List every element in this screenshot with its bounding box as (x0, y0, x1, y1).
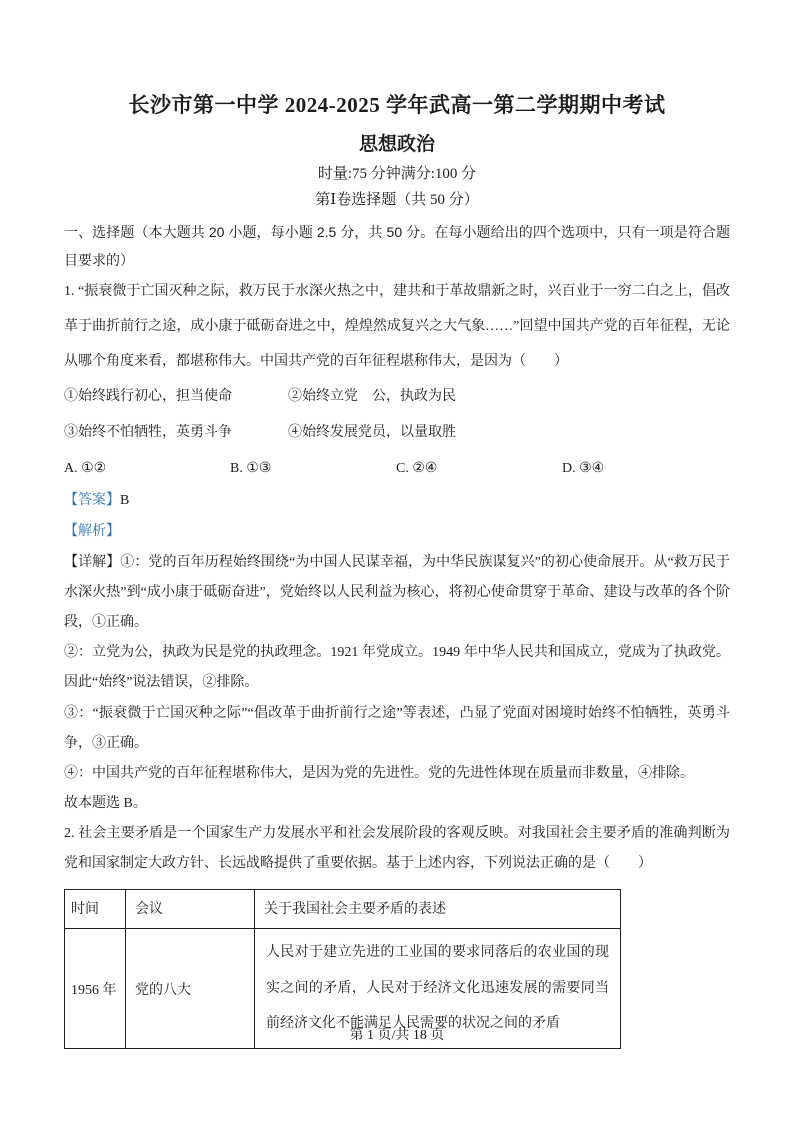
q1-answer-line: 【答案】B (64, 486, 730, 517)
table-header-meeting: 会议 (126, 890, 255, 929)
analysis-label: 【解析】 (64, 524, 120, 539)
document-title: 长沙市第一中学 2024-2025 学年武高一第二学期期中考试 (64, 90, 730, 122)
section-instructions: 一、选择题（本大题共 20 小题，每小题 2.5 分，共 50 分。在每小题给出… (64, 218, 730, 274)
exam-document-page: 长沙市第一中学 2024-2025 学年武高一第二学期期中考试 思想政治 时量:… (0, 0, 794, 1123)
detail-label: 【详解】 (64, 555, 120, 570)
q1-choices-row: A. ①② B. ①③ C. ②④ D. ③④ (64, 451, 730, 487)
question-2-stem: 2. 社会主要矛盾是一个国家生产力发展水平和社会发展阶段的客观反映。对我国社会主… (64, 819, 730, 879)
table-header-time: 时间 (65, 890, 126, 929)
table-header-description: 关于我国社会主要矛盾的表述 (255, 890, 621, 929)
page-number-footer: 第 1 页/共 18 页 (0, 1026, 794, 1046)
q1-detail-paragraph-3: ③：“振衰微于亡国灭种之际”“倡改革于曲折前行之途”等表述，凸显了党面对困境时始… (64, 699, 730, 759)
answer-label: 【答案】 (64, 493, 120, 508)
q1-option-3: ③始终不怕牺牲，英勇斗争 (64, 415, 288, 451)
exam-meta-line: 时量:75 分钟满分:100 分 (64, 164, 730, 186)
q1-choice-c: C. ②④ (396, 451, 562, 487)
q1-detail-paragraph-1: 【详解】①：党的百年历程始终围绕“为中国人民谋幸福，为中华民族谋复兴”的初心使命… (64, 548, 730, 638)
q1-detail-paragraph-2: ②：立党为公，执政为民是党的执政理念。1921 年党成立。1949 年中华人民共… (64, 638, 730, 698)
q1-detail-conclusion: 故本题选 B。 (64, 789, 730, 819)
q1-option-4: ④始终发展党员，以量取胜 (288, 415, 456, 451)
q1-option-2: ②始终立党 公，执政为民 (288, 379, 456, 415)
subject-title: 思想政治 (64, 130, 730, 160)
q1-options-line-2: ③始终不怕牺牲，英勇斗争 ④始终发展党员，以量取胜 (64, 415, 730, 451)
q1-choice-b: B. ①③ (230, 451, 396, 487)
q1-choice-a: A. ①② (64, 451, 230, 487)
q2-table-header-row: 时间 会议 关于我国社会主要矛盾的表述 (65, 890, 621, 929)
section-heading: 第Ⅰ卷选择题（共 50 分） (64, 190, 730, 212)
detail-text-1: ①：党的百年历程始终围绕“为中国人民谋幸福，为中华民族谋复兴”的初心使命展开。从… (64, 555, 730, 630)
q1-detail-paragraph-4: ④：中国共产党的百年征程堪称伟大，是因为党的先进性。党的先进性体现在质量而非数量… (64, 759, 730, 789)
answer-value: B (120, 493, 129, 508)
q1-analysis-line: 【解析】 (64, 517, 730, 548)
q1-choice-d: D. ③④ (562, 451, 604, 487)
q1-options-line-1: ①始终践行初心，担当使命 ②始终立党 公，执政为民 (64, 379, 730, 415)
question-1-stem: 1. “振衰微于亡国灭种之际，救万民于水深火热之中，建共和于革故鼎新之时，兴百业… (64, 274, 730, 379)
q1-option-1: ①始终践行初心，担当使命 (64, 379, 288, 415)
